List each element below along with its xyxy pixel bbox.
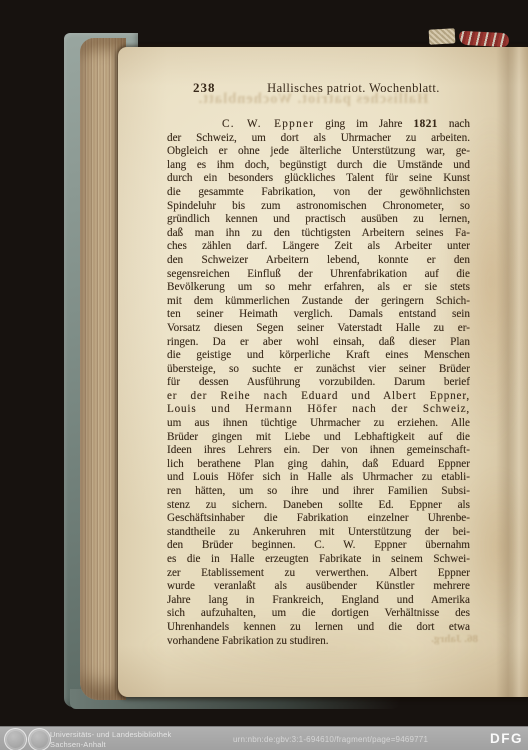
- text-line: ches zählen darf. Längere Zeit als Arbei…: [167, 240, 470, 254]
- text-line: übersteige, so suchte er zunächst vier s…: [167, 363, 470, 377]
- text-line: den Brüder beginnen. C. W. Eppner überna…: [167, 539, 470, 553]
- text-line: ten seiner Heimath verglich. Damals ents…: [167, 308, 470, 322]
- text-line: ren hätten, um so ihre und ihrer Familie…: [167, 485, 470, 499]
- text-line: Obgleich er ohne jede älterliche Unterst…: [167, 145, 470, 159]
- footer-caption-bar: Universitäts- und Landesbibliothek Sachs…: [0, 726, 528, 750]
- text-line: Uhrenhandels kennen zu lernen und die do…: [167, 621, 470, 635]
- text-line: Jahre lang in Frankreich, England und Am…: [167, 594, 470, 608]
- text-line: Geschäftsinhaber die Fabrikation einzeln…: [167, 512, 470, 526]
- text-line: vorhandene Fabrikation zu studiren.: [167, 635, 470, 649]
- article-body: C. W. Eppner ging im Jahre 1821 nach der…: [167, 118, 470, 648]
- text-line: um aus ihnen tüchtige Uhrmacher zu erzie…: [167, 417, 470, 431]
- text-line: lang es ihm doch, begünstigt durch die U…: [167, 159, 470, 173]
- journal-title: Hallisches patriot. Wochenblatt.: [237, 81, 470, 96]
- text-line: zer Etablissement zu verwerthen. Albert …: [167, 567, 470, 581]
- person-name: C. W. Eppner: [222, 118, 314, 130]
- text-line: und Louis Höfer sich in Halle als Uhrmac…: [167, 471, 470, 485]
- page-gutter-shadow: [496, 47, 528, 697]
- text-line: Ideen ihres Lehrers ein. Der von ihnen g…: [167, 444, 470, 458]
- text-line: die geistige und körperliche Kraft eines…: [167, 349, 470, 363]
- library-seal-icon: [28, 728, 51, 750]
- text-line: stenz zu sichern. Daneben sollte Ed. Epp…: [167, 499, 470, 513]
- text-line: es die in Halle erzeugten Fabrikate in s…: [167, 553, 470, 567]
- text-line: Vorsatz diesen Segen seiner Vaterstadt H…: [167, 322, 470, 336]
- library-name-line1: Universitäts- und Landesbibliothek: [50, 730, 171, 740]
- text-run: nach: [438, 118, 470, 130]
- bookmark-ribbon-red: [459, 31, 510, 48]
- text-line: gründlich kennen und practisch ausüben z…: [167, 213, 470, 227]
- bookmark-ribbon-beige: [429, 28, 456, 44]
- dfg-logo: DFG: [490, 731, 523, 746]
- year-bold: 1821: [414, 118, 438, 130]
- text-line: standtheile zu Ankeruhren mit Unterstütz…: [167, 526, 470, 540]
- book-scan-viewport: Hallisches patriot. Wochenblatt. 86. Jah…: [0, 0, 528, 750]
- text-line: der Schweiz, um dort als Uhrmacher zu ar…: [167, 132, 470, 146]
- text-line: durch ein besonders glückliches Talent f…: [167, 172, 470, 186]
- text-line: Louis und Hermann Höfer nach der Schweiz…: [167, 403, 470, 417]
- text-line: sich aufzuhalten, um die dortigen Verhäl…: [167, 607, 470, 621]
- library-seal-icon: [4, 728, 27, 750]
- library-name: Universitäts- und Landesbibliothek Sachs…: [50, 730, 171, 749]
- library-name-line2: Sachsen-Anhalt: [50, 740, 171, 750]
- text-line: daß man ihn zu den tüchtigsten Arbeitern…: [167, 227, 470, 241]
- text-line: den Schweizer Arbeitern lebend, konnte e…: [167, 254, 470, 268]
- book-page: Hallisches patriot. Wochenblatt. 86. Jah…: [118, 47, 528, 697]
- text-line: Spindeluhr bis zum astronomischen Chrono…: [167, 200, 470, 214]
- text-line: er der Reihe nach Eduard und Albert Eppn…: [167, 390, 470, 404]
- text-line: für dessen Ausführung vorzubilden. Darum…: [167, 376, 470, 390]
- page-number: 238: [193, 80, 216, 96]
- text-line: die gesammte Fabrikation, von der gewöhn…: [167, 186, 470, 200]
- page-header: 238 Hallisches patriot. Wochenblatt.: [167, 80, 470, 96]
- text-line: lich berathene Plan ging dahin, daß Edua…: [167, 458, 470, 472]
- text-line: C. W. Eppner ging im Jahre 1821 nach: [167, 118, 470, 132]
- text-line: Bevölkerung um so mehr erfahren, als er …: [167, 281, 470, 295]
- text-line: Brüder gingen mit Liebe und Lebhaftigkei…: [167, 431, 470, 445]
- text-line: wurde veranlaßt als ausübender Künstler …: [167, 580, 470, 594]
- text-line: segensreichen Einfluß der Uhrenfabrikati…: [167, 268, 470, 282]
- urn-identifier: urn:nbn:de:gbv:3:1-694610/fragment/page=…: [233, 735, 428, 744]
- text-line: ringen. Da er aber wohl einsah, daß dies…: [167, 336, 470, 350]
- text-run: ging im Jahre: [314, 118, 413, 130]
- text-line: mit dem kümmerlichen Zustande der gering…: [167, 295, 470, 309]
